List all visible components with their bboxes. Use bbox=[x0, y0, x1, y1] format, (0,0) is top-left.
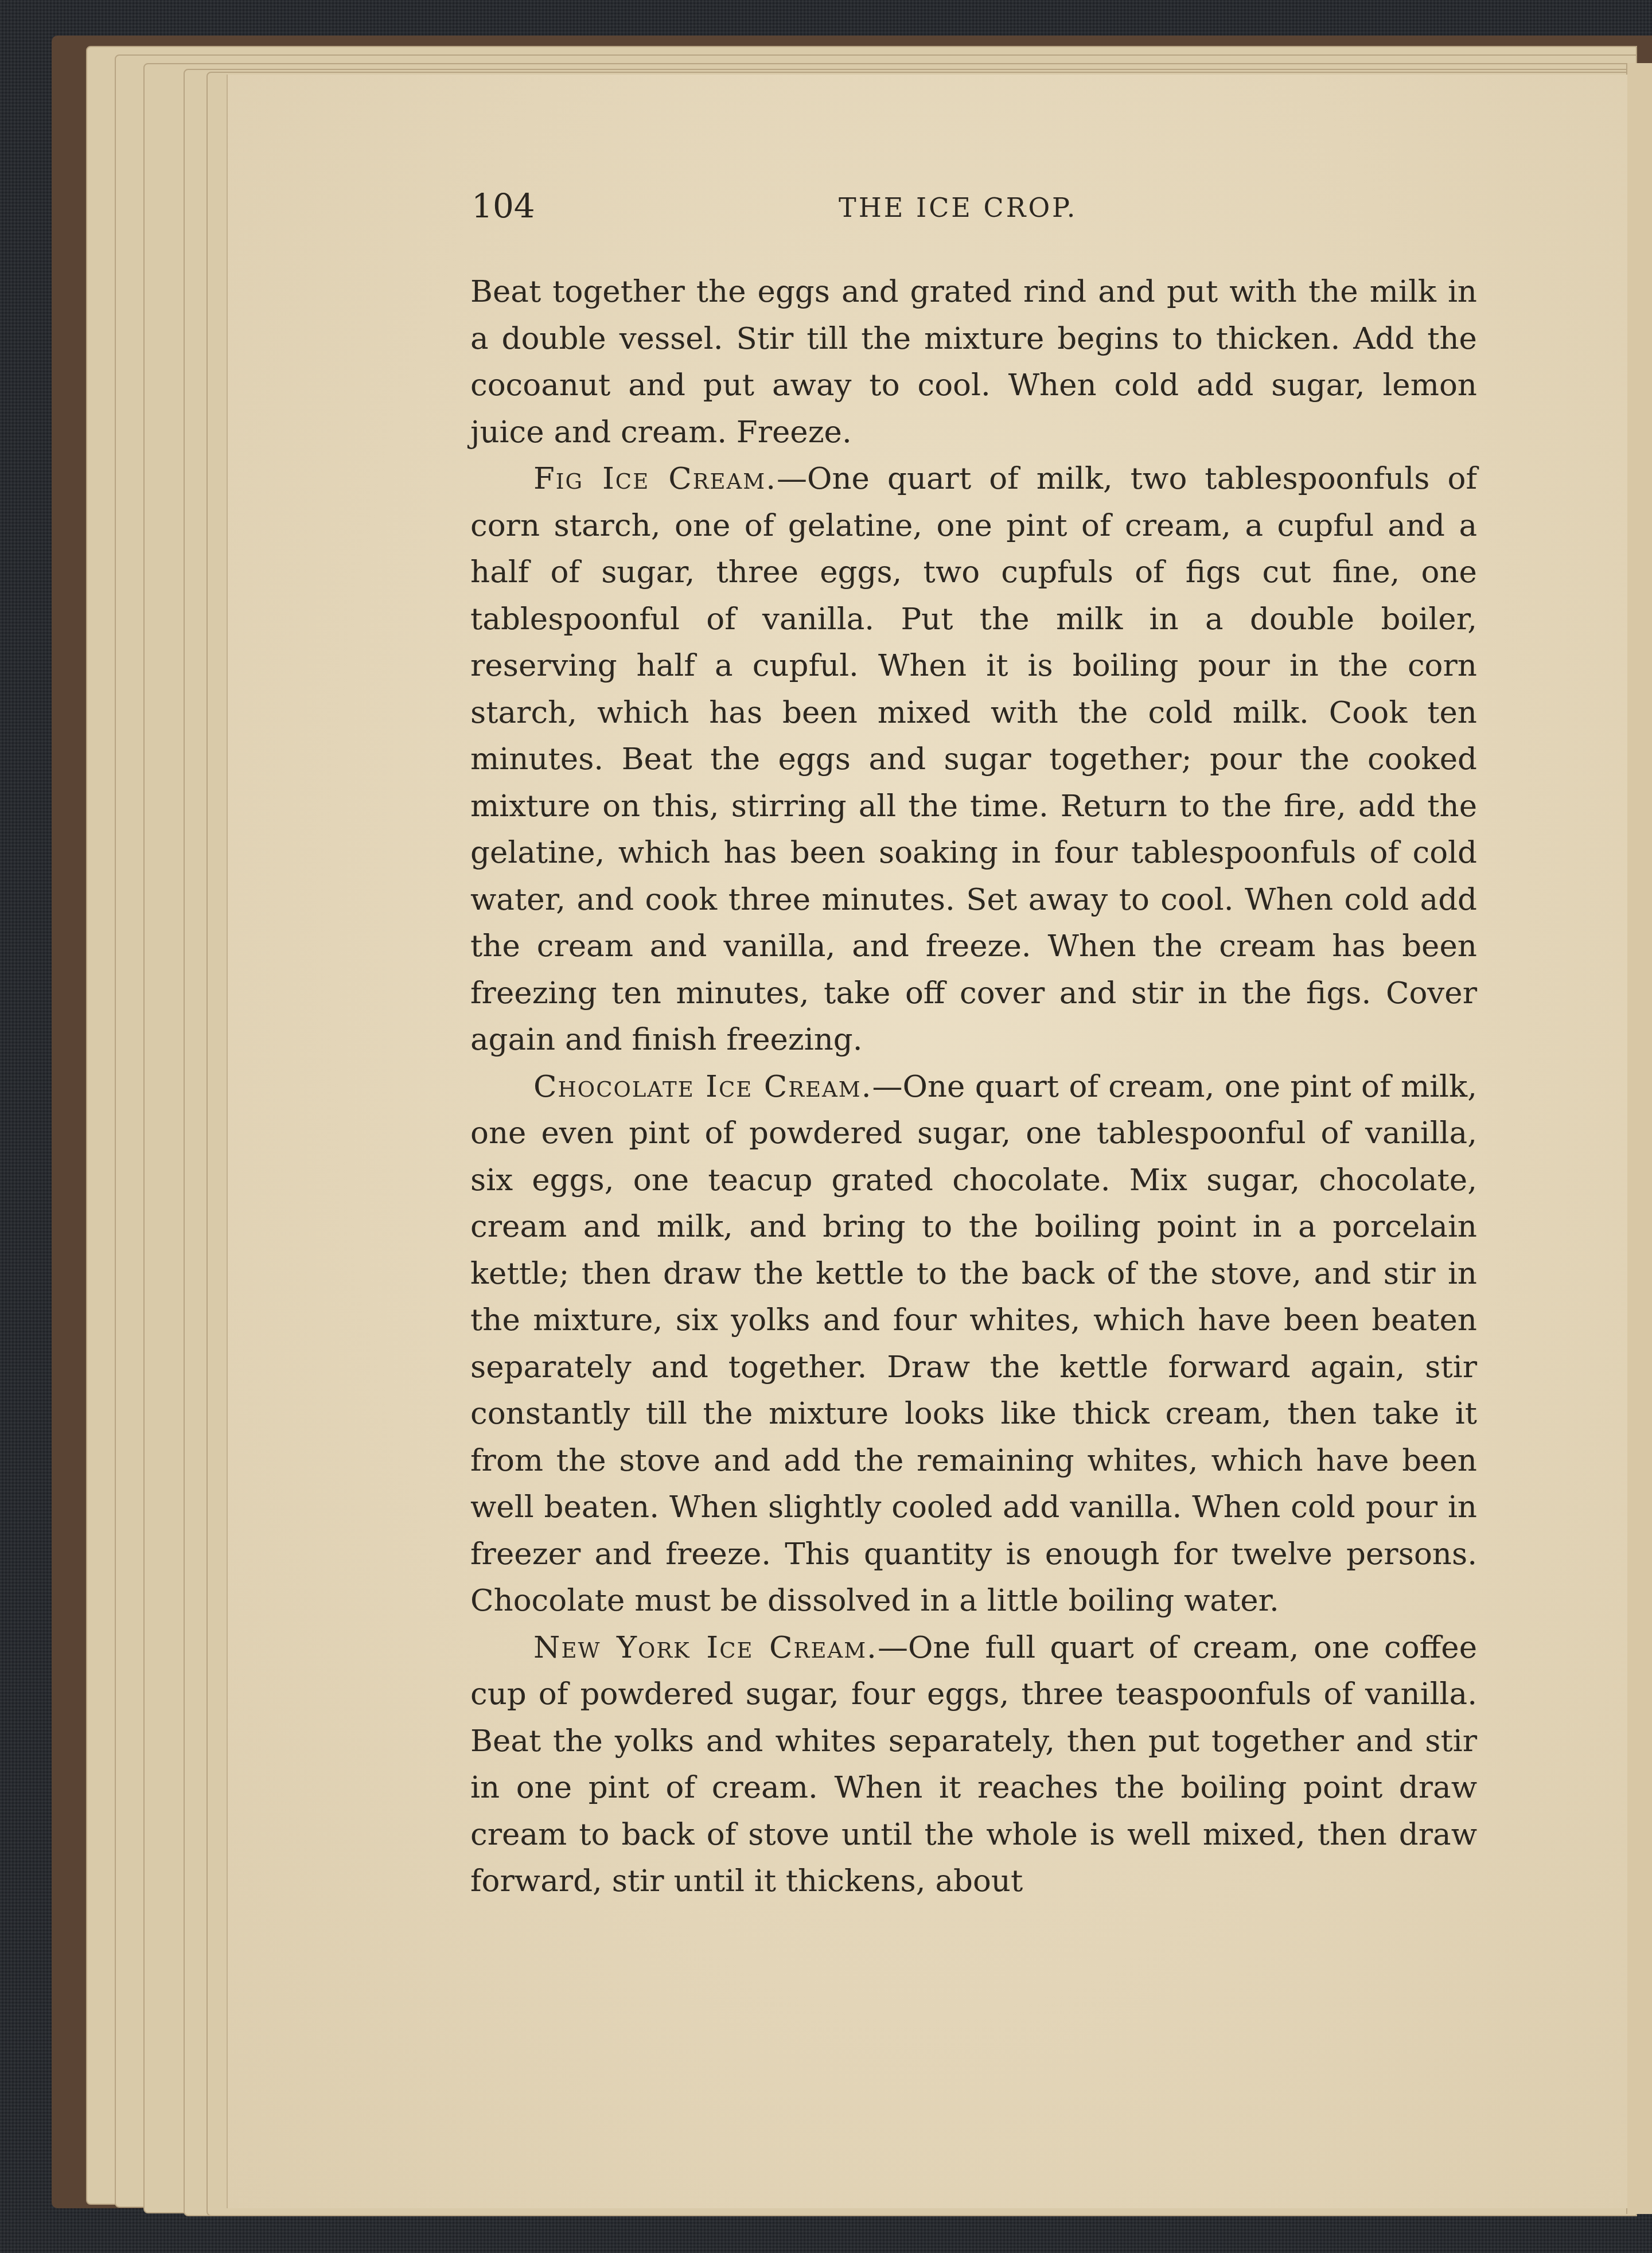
recipe-text: —One quart of cream, one pint of milk, o… bbox=[470, 1069, 1477, 1619]
recipe-title: Fig Ice Cream. bbox=[533, 461, 777, 496]
page-header: 104 THE ICE CROP. bbox=[472, 186, 1475, 232]
paragraph: Beat together the eggs and grated rind a… bbox=[470, 268, 1477, 455]
page-number: 104 bbox=[472, 186, 535, 225]
recipe-fig-ice-cream: Fig Ice Cream.—One quart of milk, two ta… bbox=[470, 455, 1477, 1063]
recipe-title: Chocolate Ice Cream. bbox=[533, 1069, 872, 1104]
recipe-title: New York Ice Cream. bbox=[533, 1630, 878, 1665]
recipe-text: —One full quart of cream, one coffee cup… bbox=[470, 1630, 1477, 1899]
recipe-new-york-ice-cream: New York Ice Cream.—One full quart of cr… bbox=[470, 1624, 1477, 1905]
recipe-chocolate-ice-cream: Chocolate Ice Cream.—One quart of cream,… bbox=[470, 1063, 1477, 1624]
right-page-edge bbox=[1626, 63, 1652, 2214]
paragraph-text: Beat together the eggs and grated rind a… bbox=[470, 274, 1477, 450]
recipe-text: —One quart of milk, two tablespoonfuls o… bbox=[470, 461, 1477, 1057]
page-body: Beat together the eggs and grated rind a… bbox=[470, 268, 1477, 1905]
running-head: THE ICE CROP. bbox=[839, 192, 1077, 223]
